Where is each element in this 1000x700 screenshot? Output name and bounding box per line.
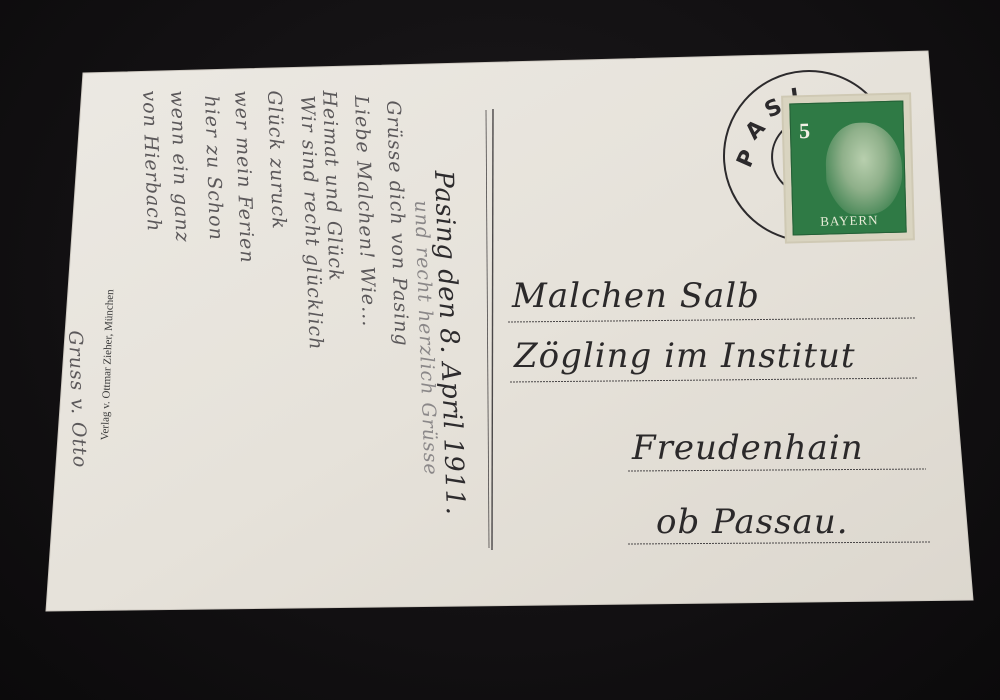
stamp-portrait-icon (825, 122, 903, 216)
postcard: P A S I 5 BAYERN Verlag v. Ottmar Zieher… (0, 0, 1000, 700)
address-line: ob Passau. (656, 502, 849, 542)
address-line: Freudenhain (632, 428, 864, 468)
postage-stamp: 5 BAYERN (783, 94, 913, 241)
address-line: Zögling im Institut (514, 336, 856, 376)
address-line: Malchen Salb (512, 276, 760, 316)
stamp-country: BAYERN (793, 212, 905, 231)
divider-line (492, 109, 493, 550)
stamp-value: 5 (799, 118, 811, 144)
